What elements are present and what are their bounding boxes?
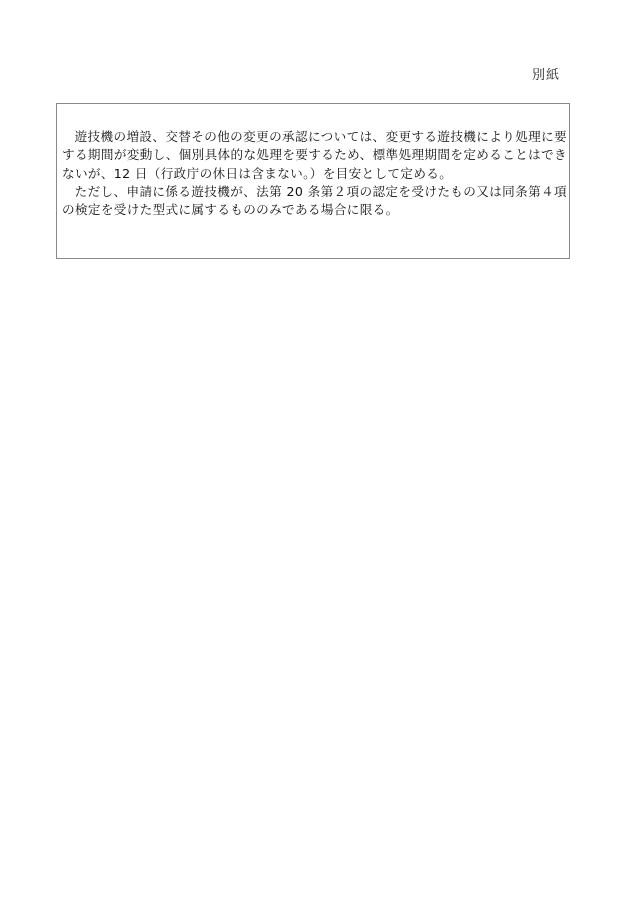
- notice-text: 遊技機の増設、交替その他の変更の承認については、変更する遊技機により処理に要する…: [62, 128, 567, 219]
- notice-box: 遊技機の増設、交替その他の変更の承認については、変更する遊技機により処理に要する…: [56, 103, 570, 259]
- notice-paragraph-processing-period: 遊技機の増設、交替その他の変更の承認については、変更する遊技機により処理に要する…: [62, 128, 567, 183]
- attachment-label: 別紙: [532, 64, 560, 83]
- notice-paragraph-proviso: ただし、申請に係る遊技機が、法第 20 条第２項の認定を受けたもの又は同条第４項…: [62, 183, 567, 220]
